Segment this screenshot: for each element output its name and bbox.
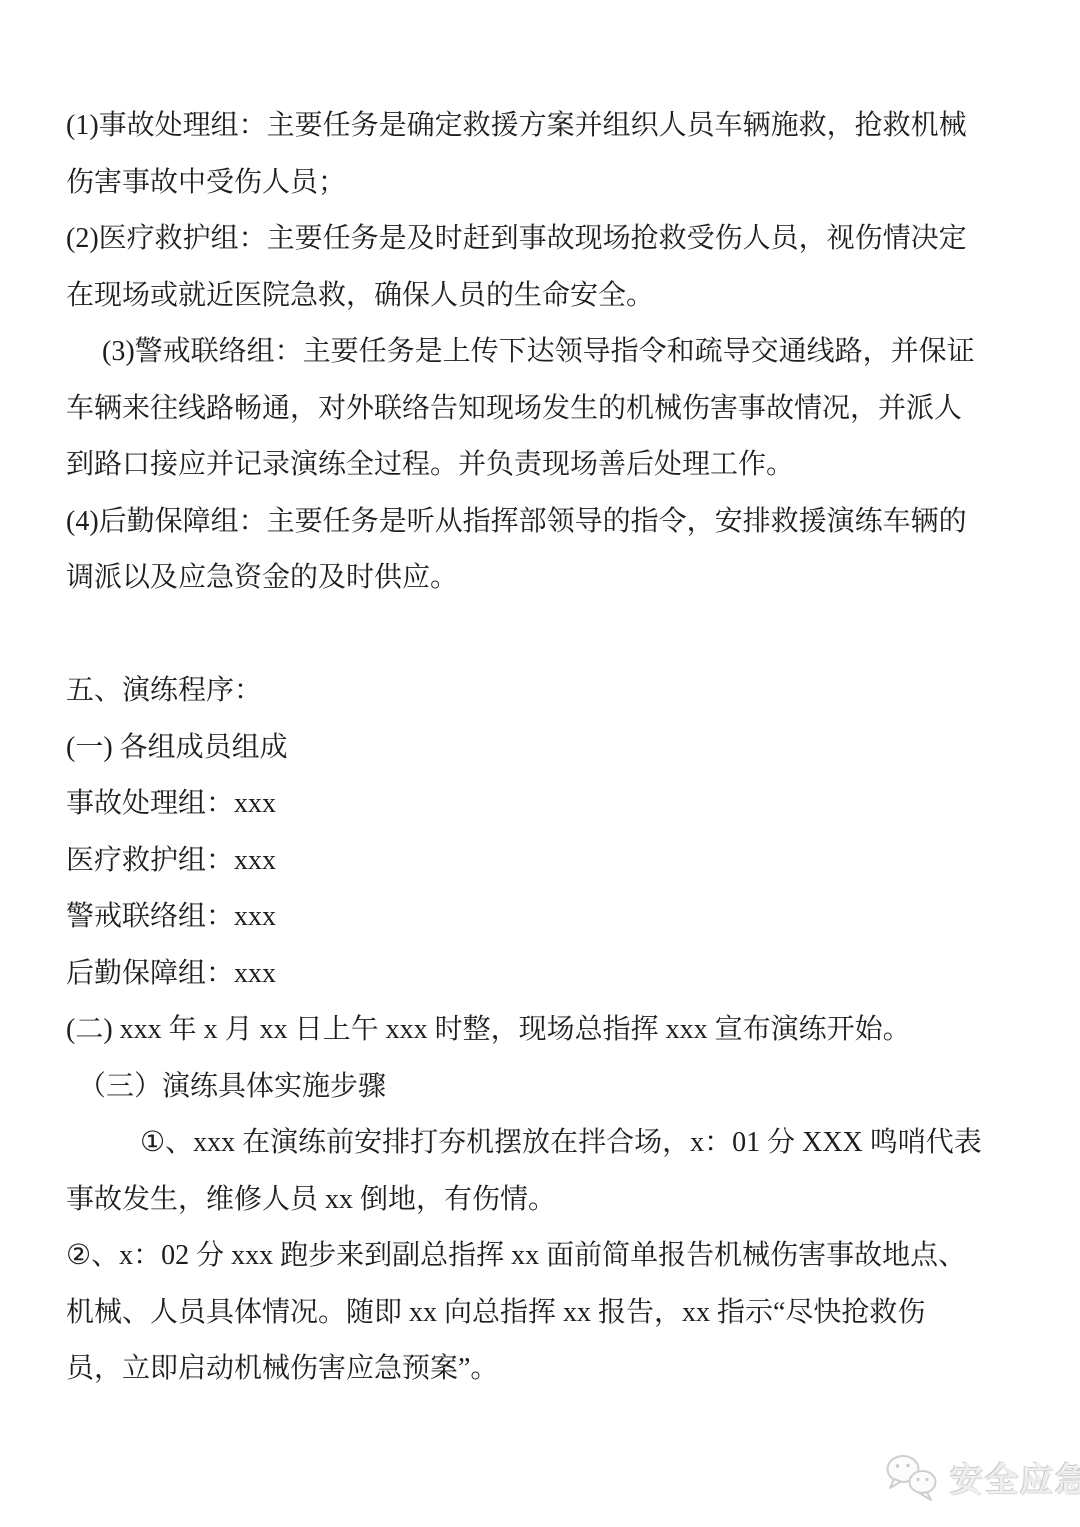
text-line: 到路口接应并记录演练全过程。并负责现场善后处理工作。 bbox=[66, 437, 1014, 494]
text-line: (3)警戒联络组：主要任务是上传下达领导指令和疏导交通线路，并保证 bbox=[66, 324, 1014, 381]
text-line: ②、x：02 分 xxx 跑步来到副总指挥 xx 面前简单报告机械伤害事故地点、 bbox=[66, 1228, 1014, 1285]
text-line: (1)事故处理组：主要任务是确定救援方案并组织人员车辆施救，抢救机械 bbox=[66, 98, 1014, 155]
text-line: (2)医疗救护组：主要任务是及时赶到事故现场抢救受伤人员，视伤情决定 bbox=[66, 211, 1014, 268]
text-line: (一) 各组成员组成 bbox=[66, 720, 1014, 777]
text-line: 伤害事故中受伤人员； bbox=[66, 155, 1014, 212]
document-body: (1)事故处理组：主要任务是确定救援方案并组织人员车辆施救，抢救机械伤害事故中受… bbox=[66, 98, 1014, 1398]
text-line: (二) xxx 年 x 月 xx 日上午 xxx 时整，现场总指挥 xxx 宣布… bbox=[66, 1002, 1014, 1059]
wechat-icon bbox=[884, 1452, 942, 1502]
text-line: （三）演练具体实施步骤 bbox=[66, 1059, 1014, 1116]
text-line: 警戒联络组：xxx bbox=[66, 889, 1014, 946]
text-line: 车辆来往线路畅通，对外联络告知现场发生的机械伤害事故情况，并派人 bbox=[66, 381, 1014, 438]
text-line: 员，立即启动机械伤害应急预案”。 bbox=[66, 1341, 1014, 1398]
text-line: 后勤保障组：xxx bbox=[66, 946, 1014, 1003]
text-line: 事故发生，维修人员 xx 倒地，有伤情。 bbox=[66, 1172, 1014, 1229]
watermark: 安全应急 bbox=[884, 1452, 1080, 1502]
text-line: (4)后勤保障组：主要任务是听从指挥部领导的指令，安排救援演练车辆的 bbox=[66, 494, 1014, 551]
blank-line bbox=[66, 607, 1014, 664]
document-page: (1)事故处理组：主要任务是确定救援方案并组织人员车辆施救，抢救机械伤害事故中受… bbox=[0, 0, 1080, 1527]
text-line: 调派以及应急资金的及时供应。 bbox=[66, 550, 1014, 607]
watermark-label: 安全应急 bbox=[950, 1454, 1080, 1501]
text-line: 医疗救护组：xxx bbox=[66, 833, 1014, 890]
text-line: 机械、人员具体情况。随即 xx 向总指挥 xx 报告，xx 指示“尽快抢救伤 bbox=[66, 1285, 1014, 1342]
text-line: 在现场或就近医院急救，确保人员的生命安全。 bbox=[66, 268, 1014, 325]
text-line: 五、演练程序： bbox=[66, 663, 1014, 720]
text-line: 事故处理组：xxx bbox=[66, 776, 1014, 833]
text-line: ①、xxx 在演练前安排打夯机摆放在拌合场，x：01 分 XXX 鸣哨代表 bbox=[66, 1115, 1014, 1172]
